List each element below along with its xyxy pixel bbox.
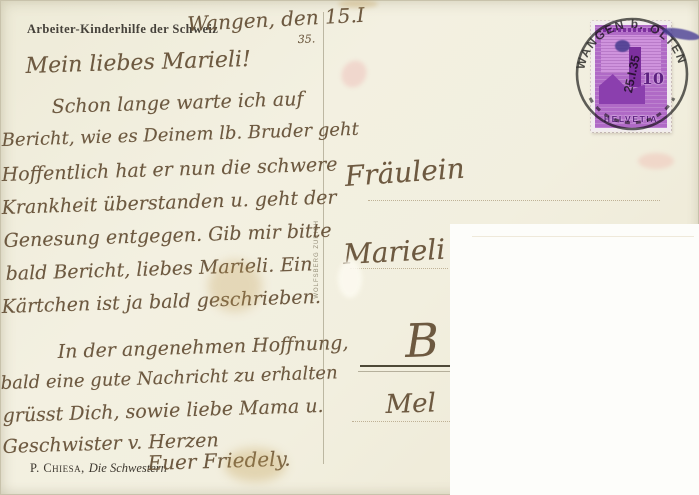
postmark-date: 25.I.35 [621,54,643,94]
address-rule [352,421,450,422]
brown-stain [208,260,262,312]
pink-smudge [638,153,674,169]
artwork-caption: P. Chiesa,Die Schwestern [30,461,167,476]
handwritten-dateline-year: 35. [298,32,316,46]
white-smudge [338,260,362,298]
redaction-box [450,224,699,495]
address-underline [358,371,452,372]
address-underline [360,365,452,367]
brown-stain [338,0,378,8]
ink-smudge [615,40,630,52]
brown-stain [224,448,286,482]
postcard-scan: Arbeiter-Kinderhilfe der Schweiz WOLFSBE… [0,0,699,495]
caption-artist: P. Chiesa, [30,461,85,475]
address-partial-line: Mel [385,388,436,420]
address-rule [350,268,448,269]
address-town-initial: B [404,313,439,368]
address-rule [368,200,660,201]
ghost-line [472,236,694,237]
